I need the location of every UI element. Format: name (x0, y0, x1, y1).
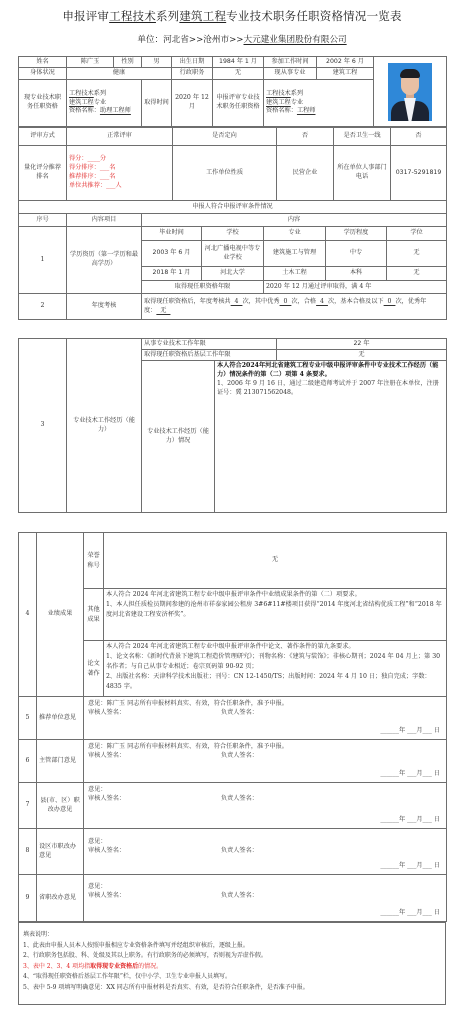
directed-label: 是否定向 (173, 128, 277, 146)
education-table: 1 学历资历（第一学历和最高学历） 毕业时间 学校 专业 学历程度 学位 200… (18, 226, 447, 320)
leader-signature[interactable]: 负责人签名： (221, 795, 258, 804)
other-achievements: 本人符合 2024 年河北省建筑工程专业中级申报评审条件中业绩成果条件的第（二）… (104, 589, 447, 641)
other-label: 其他成果 (84, 589, 104, 641)
reviewer-signature[interactable]: 审核人签名： (88, 847, 125, 856)
current-qual-series: 工程技术 (69, 90, 94, 97)
opinion-label: 省职改办意见 (37, 875, 84, 922)
apply-qual-specialty-suffix: 专业 (291, 99, 303, 106)
col-no-header: 序号 (19, 214, 67, 227)
apply-qual-specialty: 建筑工程 (266, 99, 291, 106)
work-years-value: 22 年 (277, 339, 447, 350)
frontline-value: 否 (391, 128, 447, 146)
review-pass: 4 (316, 298, 328, 305)
current-qual-series-suffix: 系列 (94, 90, 106, 97)
apply-qual-label: 申报评审专业技术职务任职资格 (213, 80, 264, 127)
edu-header-degree: 学位 (387, 227, 447, 241)
review-total: 4 (231, 298, 243, 305)
frontline-label: 是否卫生一线 (334, 128, 391, 146)
current-specialty-label: 现从事专业 (264, 68, 317, 80)
review-table: 评审方式 正常评审 是否定向 否 是否卫生一线 否 量化评分推荐排名 得分：__… (18, 127, 447, 201)
note-item: 2、行政职务包括股、科、处级及其以上职务。有行政职务的必须填写，否则视为弄虚作假… (23, 951, 441, 962)
directed-value: 否 (277, 128, 334, 146)
current-qual-specialty-suffix: 专业 (94, 99, 106, 106)
apply-qual-name: 工程师 (297, 107, 316, 114)
edu-degree: 无 (387, 241, 447, 267)
opinion-text: 意见：陈广玉 同志所有申报材料真实、有效，符合任职条件，准予申报。 (88, 700, 442, 709)
review-basic: 0 (384, 298, 396, 305)
col-content-header: 内容 (142, 214, 447, 227)
admin-post-value: 无 (213, 68, 264, 80)
leader-signature[interactable]: 负责人签名： (221, 709, 258, 718)
opinion-no: 9 (19, 875, 37, 922)
work-start-label: 参加工作时间 (264, 57, 317, 68)
opinion-content: 意见：陈广玉 同志所有申报材料真实、有效，符合任职条件，准予申报。 审核人签名：… (84, 740, 447, 783)
current-qual-value: 工程技术系列 建筑工程专业 资格名称：助理工程师 (67, 80, 142, 127)
unit-type-label: 工作单位性质 (173, 146, 277, 201)
recommend-rank-line: 推荐排序：___名 (69, 173, 170, 182)
opinions-table: 5 推荐单位意见 意见：陈广玉 同志所有申报材料真实、有效，符合任职条件，准予申… (18, 696, 447, 922)
work-years-label: 从事专业技术工作年限 (142, 339, 277, 350)
work-detail-bold: 本人符合2024年河北省建筑工程专业中级申报评审条件中专业技术工作经历（能力）情… (217, 362, 444, 380)
unit-total-line: 单位共推荐：___人 (69, 182, 170, 191)
grassroots-value: 无 (277, 350, 447, 361)
reviewer-signature[interactable]: 审核人签名： (88, 892, 125, 901)
opinion-row: 9 省职改办意见 意见： 审核人签名：负责人签名： ______年 ___月__… (19, 875, 447, 922)
score-label: 量化评分推荐排名 (19, 146, 67, 201)
review-mode-label: 评审方式 (19, 128, 67, 146)
honor-label-text: 荣誉称号 (87, 552, 99, 569)
reviewer-signature[interactable]: 审核人签名： (88, 795, 125, 804)
edu-header-grad-time: 毕业时间 (142, 227, 202, 241)
current-qual-name: 助理工程师 (100, 107, 131, 114)
edu-level: 中专 (326, 241, 387, 267)
date-field[interactable]: ______年 ___月___ 日 (380, 770, 440, 779)
title-series-suffix: 系列 (156, 9, 179, 23)
opinion-row: 5 推荐单位意见 意见：陈广玉 同志所有申报材料真实、有效，符合任职条件，准予申… (19, 697, 447, 740)
filling-instructions: 填表说明： 1、此表由申报人员本人按照申报相应专业资格条件填写并经组织审核后，逐… (18, 922, 446, 1005)
current-qual-label-text: 现专业技术职务任职资格 (24, 94, 61, 110)
unit-line: 单位：河北省>>沧州市>>大元建业集团股份有限公司 (0, 35, 464, 47)
annual-review-no: 2 (19, 294, 67, 320)
reviewer-signature[interactable]: 审核人签名： (88, 752, 125, 761)
col-item-header: 内容项目 (67, 214, 142, 227)
title-prefix: 申报评审 (62, 9, 109, 23)
annual-review-text: 取得现任职资格后，年度考核共 4 次，其中优秀 0 次，合格 4 次，基本合格及… (142, 294, 447, 320)
opinion-row: 8 设区市职改办意见 意见： 审核人签名：负责人签名： ______年 ___月… (19, 829, 447, 875)
hr-phone-value: 0317-5291819 (391, 146, 447, 201)
name-label: 姓名 (19, 57, 67, 68)
current-qual-label: 现专业技术职务任职资格 (19, 80, 67, 127)
photo-cell (374, 57, 447, 127)
edu-header-major: 专业 (264, 227, 326, 241)
honor-label: 荣誉称号 (84, 533, 104, 589)
tenure-label: 取得现任职资格年限 (142, 281, 264, 294)
edu-header-school: 学校 (202, 227, 264, 241)
birth-value: 1984 年 1 月 (213, 57, 264, 68)
opinion-text: 意见： (88, 786, 442, 795)
opinion-row: 7 县(市、区）职改办意见 意见： 审核人签名：负责人签名： ______年 _… (19, 783, 447, 829)
opinion-no: 8 (19, 829, 37, 875)
opinion-no: 5 (19, 697, 37, 740)
edu-level: 本科 (326, 267, 387, 281)
date-field[interactable]: ______年 ___月___ 日 (380, 727, 440, 736)
review-excellent-years: 无 (156, 307, 170, 314)
score-lines: 得分：____分 得分排序：___名 推荐排序：___名 单位共推荐：___人 (67, 146, 173, 201)
obtain-time-value: 2020 年 12 月 (172, 80, 213, 127)
basic-info-table: 姓名 陈广玉 性别 男 出生日期 1984 年 1 月 参加工作时间 2002 … (18, 56, 447, 127)
note-item: 4、“取得现任职资格后基层工作年限”栏，仅中小学、卫生专业申报人员填写。 (23, 972, 441, 983)
apply-qual-value: 工程技术系列 建筑工程专业 资格名称：工程师 (264, 80, 374, 127)
grassroots-label: 取得现任职资格后基层工作年限 (142, 350, 277, 361)
achievements-item: 业绩成果 (37, 533, 84, 697)
note-item: 1、此表由申报人员本人按照申报相应专业资格条件填写并经组织审核后，逐级上报。 (23, 941, 441, 952)
leader-signature[interactable]: 负责人签名： (221, 847, 258, 856)
edu-major: 土木工程 (264, 267, 326, 281)
opinion-text: 意见：陈广玉 同志所有申报材料真实、有效，符合任职条件，准予申报。 (88, 743, 442, 752)
title-specialty: 建筑工程 (179, 9, 226, 23)
leader-signature[interactable]: 负责人签名： (221, 752, 258, 761)
note-item: 5、表中 5-9 项填写明确意见：XX 同志所有申报材料是否真实、有效，是否符合… (23, 983, 441, 994)
edu-grad-time: 2018 年 1 月 (142, 267, 202, 281)
opinion-content: 意见：陈广玉 同志所有申报材料真实、有效，符合任职条件，准予申报。 审核人签名：… (84, 697, 447, 740)
opinion-label: 县(市、区）职改办意见 (37, 783, 84, 829)
date-field[interactable]: ______年 ___月___ 日 (380, 909, 440, 918)
conditions-table: 申报人符合申报评审条件情况 序号 内容项目 内容 (18, 200, 447, 227)
score-rank-line: 得分排序：___名 (69, 164, 170, 173)
opinion-text: 意见： (88, 838, 442, 847)
edu-header-level: 学历程度 (326, 227, 387, 241)
opinion-row: 6 主管部门意见 意见：陈广玉 同志所有申报材料真实、有效，符合任职条件，准予申… (19, 740, 447, 783)
gender-value: 男 (142, 57, 172, 68)
opinion-no: 7 (19, 783, 37, 829)
person-photo (388, 63, 432, 121)
paper-line: 1、论文名称：《新时代背景下建筑工程造价管理研究》；刊物名称：《建筑与装饰》；非… (106, 652, 444, 672)
work-detail-label: 专业技术工作经历（能力）情况 (142, 361, 215, 513)
hr-phone-label: 所在单位人事部门电话 (334, 146, 391, 201)
paper-label: 论文著作 (84, 641, 104, 697)
reviewer-signature[interactable]: 审核人签名： (88, 709, 125, 718)
gender-label: 性别 (114, 57, 142, 68)
unit-name: 大元建业集团股份有限公司 (244, 35, 347, 45)
honor-value: 无 (104, 533, 447, 589)
leader-signature[interactable]: 负责人签名： (221, 892, 258, 901)
achievements-no: 4 (19, 533, 37, 697)
edu-no: 1 (19, 227, 67, 294)
other-line: 本人符合 2024 年河北省建筑工程专业中级申报评审条件中业绩成果条件的第（二）… (106, 590, 444, 600)
work-experience-table: 3 专业技术工作经历（能力） 从事专业技术工作年限 22 年 取得现任职资格后基… (18, 338, 447, 513)
paper-line: 本人符合 2024 年河北省建筑工程专业中级申报评审条件中论文、著作条件的第九条… (106, 642, 444, 652)
edu-major: 建筑施工与管理 (264, 241, 326, 267)
apply-qual-series-suffix: 系列 (291, 90, 303, 97)
name-value: 陈广玉 (67, 57, 114, 68)
paper-label-text: 论文著作 (87, 660, 99, 677)
tenure-value: 2020 年 12 月通过评审取得，满 4 年 (264, 281, 447, 294)
admin-post-label: 行政职务 (172, 68, 213, 80)
title-suffix: 专业技术职务任职资格情况一览表 (226, 9, 402, 23)
title-series: 工程技术 (109, 9, 156, 23)
work-detail: 本人符合2024年河北省建筑工程专业中级申报评审条件中专业技术工作经历（能力）情… (215, 361, 447, 513)
obtain-time-label: 取得时间 (142, 80, 172, 127)
annual-review-item: 年度考核 (67, 294, 142, 320)
edu-school: 河北广播电视中等专业学校 (202, 241, 264, 267)
paper-achievements: 本人符合 2024 年河北省建筑工程专业中级申报评审条件中论文、著作条件的第九条… (104, 641, 447, 697)
birth-label: 出生日期 (172, 57, 213, 68)
current-qual-name-label: 资格名称： (69, 107, 100, 114)
date-field[interactable]: ______年 ___月___ 日 (380, 862, 440, 871)
paper-line: 2、出版社名称：天津科学技术出版社；刊号：CN 12-1450/TS；出版时间：… (106, 672, 444, 692)
work-detail-text: 1、2006 年 9 月 16 日，通过二级建造师考试并于 2007 年注册在本… (217, 380, 444, 398)
current-qual-specialty: 建筑工程 (69, 99, 94, 106)
apply-qual-series: 工程技术 (266, 90, 291, 97)
edu-degree: 无 (387, 267, 447, 281)
opinion-content: 意见： 审核人签名：负责人签名： ______年 ___月___ 日 (84, 829, 447, 875)
review-mode-value: 正常评审 (67, 128, 173, 146)
opinion-content: 意见： 审核人签名：负责人签名： ______年 ___月___ 日 (84, 783, 447, 829)
opinion-text: 意见： (88, 883, 442, 892)
unit-prefix: 单位：河北省>>沧州市>> (137, 35, 243, 45)
opinion-label: 设区市职改办意见 (37, 829, 84, 875)
current-specialty-value: 建筑工程 (317, 68, 374, 80)
page-title: 申报评审工程技术系列建筑工程专业技术职务任职资格情况一览表 (0, 9, 464, 25)
apply-qual-name-label: 资格名称： (266, 107, 297, 114)
unit-type-value: 民营企业 (277, 146, 334, 201)
health-label: 身体状况 (19, 68, 67, 80)
work-no: 3 (19, 339, 67, 513)
other-label-text: 其他成果 (87, 606, 99, 623)
work-start-value: 2002 年 6 月 (317, 57, 374, 68)
conditions-section-title: 申报人符合申报评审条件情况 (19, 201, 447, 214)
score-line: 得分：____分 (69, 155, 170, 164)
other-line: 1、本人担任质检员期间参建的沧州市祥泰家园公租房 3#6#11#楼项目获得“20… (106, 600, 444, 620)
date-field[interactable]: ______年 ___月___ 日 (380, 816, 440, 825)
opinion-content: 意见： 审核人签名：负责人签名： ______年 ___月___ 日 (84, 875, 447, 922)
edu-grad-time: 2003 年 6 月 (142, 241, 202, 267)
opinion-no: 6 (19, 740, 37, 783)
note-item-highlight: 3、表中 2、3、4 项均指取得现专业资格后的情况。 (23, 962, 441, 973)
health-value: 健康 (67, 68, 172, 80)
notes-title: 填表说明： (23, 930, 441, 941)
review-excellent: 0 (280, 298, 292, 305)
edu-item: 学历资历（第一学历和最高学历） (67, 227, 142, 294)
edu-school: 河北大学 (202, 267, 264, 281)
opinion-label: 推荐单位意见 (37, 697, 84, 740)
achievements-table: 4 业绩成果 荣誉称号 无 其他成果 本人符合 2024 年河北省建筑工程专业中… (18, 532, 447, 697)
work-item: 专业技术工作经历（能力） (67, 339, 142, 513)
opinion-label: 主管部门意见 (37, 740, 84, 783)
